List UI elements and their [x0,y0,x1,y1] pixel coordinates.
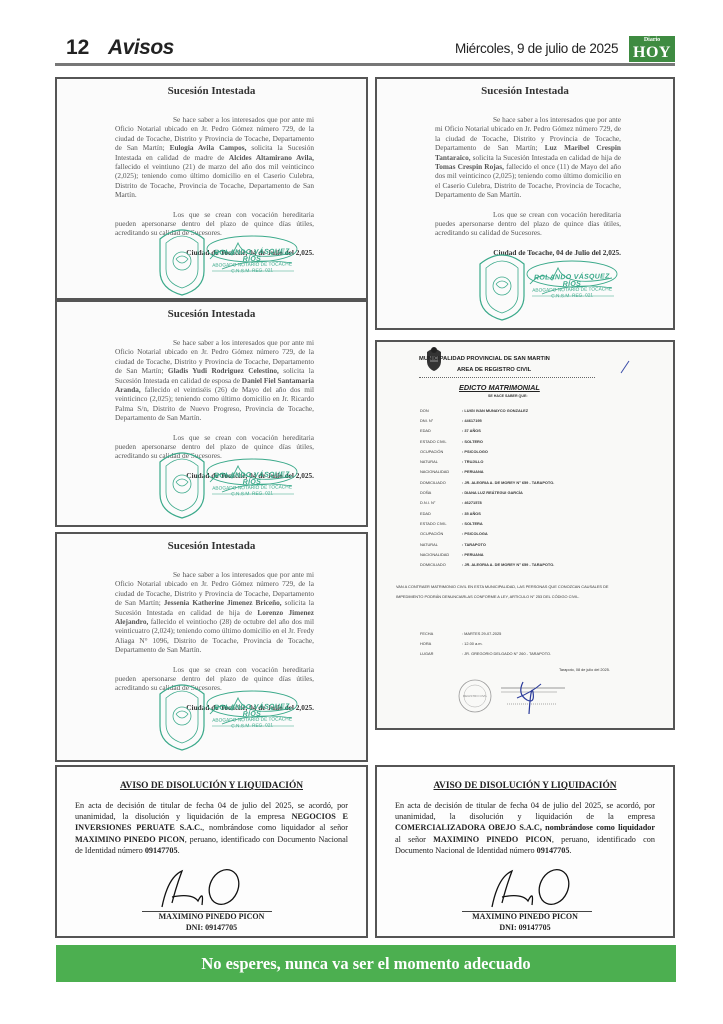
logo-big-text: HOY [629,44,675,61]
field-label: DNI. N° [420,418,462,423]
edict-field: NATURAL: TARAPOTO [420,539,554,549]
notice-text: fallecido el veintiuno (21) de marzo del… [115,162,314,199]
bold-text: MAXIMINO PINEDO PICON [75,835,185,844]
signer-dni: DNI: 09147705 [57,923,366,932]
field-value: : MARTES 29-07-2025 [462,631,501,636]
field-value: : 37 AÑOS [462,428,481,433]
notice-title: Sucesión Intestada [57,308,366,320]
edict-field: DOMICILIADO: JR. ALEGRIA A. DE MOREY N° … [420,477,554,487]
notice-body: Se hace saber a los interesados que por … [57,570,366,655]
person-name: Tomas Crespin Rojas, [435,162,504,171]
field-label: DOMICILIADO [420,480,462,485]
dissolution-notice: AVISO DE DISOLUCIÓN Y LIQUIDACIÓNEn acta… [375,765,675,938]
newspaper-logo: Diario HOY [629,36,675,62]
page-number: 12 [66,36,89,60]
succession-notice: Sucesión IntestadaSe hace saber a los in… [55,300,368,527]
field-label: NACIONALIDAD [420,552,462,557]
handwritten-signature-icon [472,867,582,917]
notice-body: Se hace saber a los interesados que por … [57,338,366,423]
field-label: FECHA [420,631,462,636]
section-title: Avisos [108,36,174,60]
field-value: : TARAPOTO [462,542,486,547]
edict-divider [419,377,595,378]
field-value: : PSICOLOGA [462,531,488,536]
person-name: Gladis Yudi Rodriguez Celestino, [168,366,279,375]
field-label: OCUPACIÓN [420,449,462,454]
field-value: : 46271578 [462,500,482,505]
person-name: Jessenia Katherine Jimenez Briceño, [164,598,282,607]
field-label: ESTADO CIVIL [420,521,462,526]
marriage-edict: MUNICIPALIDAD PROVINCIAL DE SAN MARTIN A… [375,340,675,730]
issue-date: Miércoles, 9 de julio de 2025 [455,41,618,56]
notice-title: Sucesión Intestada [377,85,673,97]
notice-text: solicita la Sucesión Intestada en calida… [471,153,621,162]
dissolution-body: En acta de decisión de titular de fecha … [75,800,348,856]
footer-banner: No esperes, nunca va ser el momento adec… [56,945,676,982]
field-label: DOÑA [420,490,462,495]
edict-field: DON: LUIGI IVAN MUNAYCO GONZALEZ [420,405,554,415]
dissolution-body: En acta de decisión de titular de fecha … [395,800,655,856]
edict-place-date: Tarapoto, 08 de julio del 2025. [559,668,610,672]
notary-stamp-text: ROLANDO VÁSQUEZ RÍOSABOGADO NOTARIO DE T… [207,248,297,276]
field-label: DON [420,408,462,413]
bold-text: COMERCIALIZADORA OBEJO S.A.C, nombrándos… [395,823,655,832]
field-value: : LUIGI IVAN MUNAYCO GONZALEZ [462,408,528,413]
bold-text: MAXIMINO PINEDO PICON [433,835,552,844]
field-label: D.N.I. N° [420,500,462,505]
edict-field: OCUPACIÓN: PSICOLOGO [420,446,554,456]
field-value: : DIANA LUZ REÁTEGUI GARCÍA [462,490,523,495]
notary-stamp-text: ROLANDO VÁSQUEZ RÍOSABOGADO NOTARIO DE T… [527,273,617,301]
notice-title: Sucesión Intestada [57,540,366,552]
edict-field: EDAD: 37 AÑOS [420,426,554,436]
signer-name: MAXIMINO PINEDO PICON [57,912,366,921]
edict-detail: LUGAR: JR. GREGORIO DELGADO N° 260 - TAR… [420,649,551,659]
bold-text: 09147705 [145,846,178,855]
field-label: OCUPACIÓN [420,531,462,536]
field-value: : 12.00 a.m. [462,641,483,646]
notice-text: fallecido el veintiséis (26) de Mayo del… [115,385,314,422]
field-value: : 44617195 [462,418,482,423]
field-label: NACIONALIDAD [420,469,462,474]
field-value: : SOLTERA [462,521,483,526]
edict-detail: HORA: 12.00 a.m. [420,638,551,648]
edict-body: VAN A CONTRAER MATRIMONIO CIVIL EN ESTA … [396,582,636,602]
edict-ceremony-details: FECHA: MARTES 29-07-2025HORA: 12.00 a.m.… [420,628,551,659]
body-text: . [569,846,571,855]
edict-area: AREA DE REGISTRO CIVIL [457,367,531,373]
bold-text: 09147705 [537,846,570,855]
field-value: : JR. ALEGRIA A. DE MOREY N° 659 - TARAP… [462,562,554,567]
dissolution-title: AVISO DE DISOLUCIÓN Y LIQUIDACIÓN [57,781,366,791]
succession-notice: Sucesión IntestadaSe hace saber a los in… [55,77,368,300]
notary-stamp-text: ROLANDO VÁSQUEZ RÍOSABOGADO NOTARIO DE T… [207,703,297,731]
field-value: : PSICOLOGO [462,449,488,454]
edict-field: NACIONALIDAD: PERUANA [420,549,554,559]
edict-field: DNI. N°: 44617195 [420,415,554,425]
signer-name: MAXIMINO PINEDO PICON [377,912,673,921]
field-value: : JR. ALEGRIA A. DE MOREY N° 659 - TARAP… [462,480,554,485]
edict-field: DOÑA: DIANA LUZ REÁTEGUI GARCÍA [420,487,554,497]
field-value: : 35 AÑOS [462,511,481,516]
field-value: : TRUJILLO [462,459,483,464]
field-label: LUGAR [420,651,462,656]
closing-text: Los que se crean con vocación hereditari… [435,210,621,238]
body-text: En acta de decisión de titular de fecha … [395,801,655,821]
person-name: Alcides Altamirano Avila, [229,153,314,162]
edict-title: EDICTO MATRIMONIAL [459,383,540,392]
edict-field: DOMICILIADO: JR. ALEGRIA A. DE MOREY N° … [420,559,554,569]
notice-body: Se hace saber a los interesados que por … [57,115,366,200]
field-label: EDAD [420,428,462,433]
registry-seal-signature-icon: REGISTRO CIVIL [457,674,577,729]
logo-small-text: Diario [629,36,675,44]
dissolution-notice: AVISO DE DISOLUCIÓN Y LIQUIDACIÓNEn acta… [55,765,368,938]
person-name: Eulogia Avila Campos, [170,143,247,152]
field-label: DOMICILIADO [420,562,462,567]
notice-body: Se hace saber a los interesados que por … [377,115,673,200]
body-text: , nombrándose como liquidador al señor [202,823,348,832]
field-value: : PERUANA [462,469,484,474]
edict-field: NATURAL: TRUJILLO [420,456,554,466]
field-label: EDAD [420,511,462,516]
notary-stamp-text: ROLANDO VÁSQUEZ RÍOSABOGADO NOTARIO DE T… [207,471,297,499]
edict-field: D.N.I. N°: 46271578 [420,498,554,508]
svg-text:REGISTRO CIVIL: REGISTRO CIVIL [463,694,487,698]
edict-detail: FECHA: MARTES 29-07-2025 [420,628,551,638]
body-text: . [178,846,180,855]
edict-field: ESTADO CIVIL: SOLTERA [420,518,554,528]
field-value: : PERUANA [462,552,484,557]
edict-field: NACIONALIDAD: PERUANA [420,467,554,477]
edict-institution: MUNICIPALIDAD PROVINCIAL DE SAN MARTIN [419,356,550,362]
succession-notice: Sucesión IntestadaSe hace saber a los in… [375,77,675,330]
edict-field: OCUPACIÓN: PSICOLOGA [420,529,554,539]
field-label: NATURAL [420,459,462,464]
body-text: al señor [395,835,433,844]
notice-title: Sucesión Intestada [57,85,366,97]
signer-dni: DNI: 09147705 [377,923,673,932]
edict-field: ESTADO CIVIL: SOLTERO [420,436,554,446]
header-rule [55,63,675,66]
pen-mark-icon [620,360,630,374]
edict-subtitle: SE HACE SABER QUE: [488,394,528,398]
field-value: : JR. GREGORIO DELGADO N° 260 - TARAPOTO… [462,651,551,656]
field-label: ESTADO CIVIL [420,439,462,444]
notice-closing: Los que se crean con vocación hereditari… [377,210,673,238]
handwritten-signature-icon [142,867,252,917]
edict-persons: DON: LUIGI IVAN MUNAYCO GONZALEZDNI. N°:… [420,405,554,570]
field-value: : SOLTERO [462,439,483,444]
succession-notice: Sucesión IntestadaSe hace saber a los in… [55,532,368,762]
dissolution-title: AVISO DE DISOLUCIÓN Y LIQUIDACIÓN [377,781,673,791]
field-label: NATURAL [420,542,462,547]
field-label: HORA [420,641,462,646]
edict-field: EDAD: 35 AÑOS [420,508,554,518]
